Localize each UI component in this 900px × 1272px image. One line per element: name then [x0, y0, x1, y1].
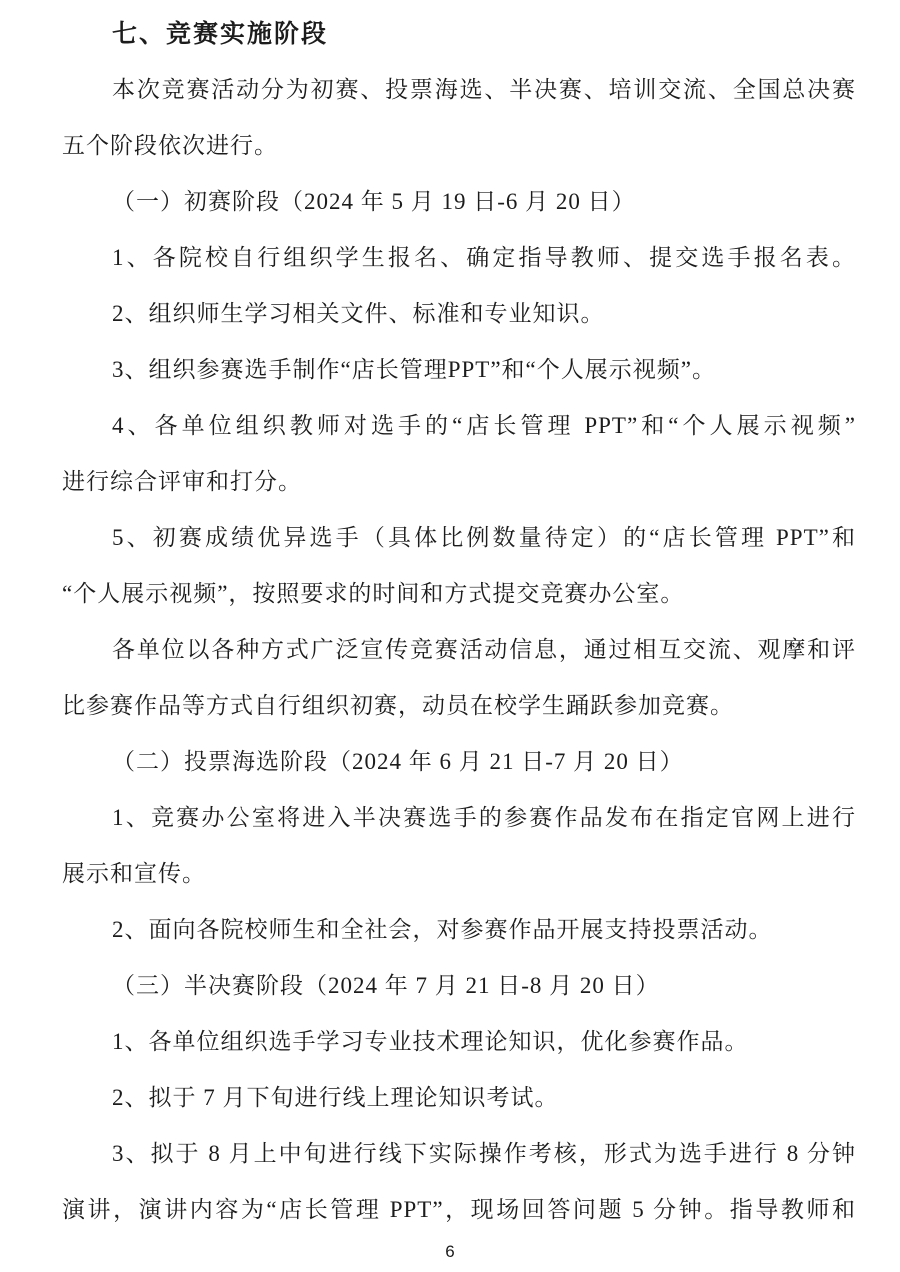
text-line: 进行综合评审和打分。	[62, 454, 856, 510]
text-line: “个人展示视频”，按照要求的时间和方式提交竞赛办公室。	[62, 566, 856, 622]
text-line: 3、拟于 8 月上中旬进行线下实际操作考核，形式为选手进行 8 分钟	[62, 1126, 856, 1182]
text-line: （二）投票海选阶段（2024 年 6 月 21 日-7 月 20 日）	[62, 734, 856, 790]
text-line: 各单位以各种方式广泛宣传竞赛活动信息，通过相互交流、观摩和评	[62, 622, 856, 678]
text-line: 3、组织参赛选手制作“店长管理PPT”和“个人展示视频”。	[62, 342, 856, 398]
text-line: 2、拟于 7 月下旬进行线上理论知识考试。	[62, 1070, 856, 1126]
text-line: 4、各单位组织教师对选手的“店长管理 PPT”和“个人展示视频”	[62, 398, 856, 454]
section-heading: 七、竞赛实施阶段	[62, 6, 856, 62]
text-line: 5、初赛成绩优异选手（具体比例数量待定）的“店长管理 PPT”和	[62, 510, 856, 566]
text-line: （一）初赛阶段（2024 年 5 月 19 日-6 月 20 日）	[62, 174, 856, 230]
text-line: 五个阶段依次进行。	[62, 118, 856, 174]
text-line: 演讲，演讲内容为“店长管理 PPT”，现场回答问题 5 分钟。指导教师和	[62, 1182, 856, 1238]
text-line: 2、组织师生学习相关文件、标准和专业知识。	[62, 286, 856, 342]
text-line: 展示和宣传。	[62, 846, 856, 902]
document-page: 七、竞赛实施阶段 本次竞赛活动分为初赛、投票海选、半决赛、培训交流、全国总决赛 …	[0, 0, 900, 1272]
text-line: 本次竞赛活动分为初赛、投票海选、半决赛、培训交流、全国总决赛	[62, 62, 856, 118]
page-number: 6	[0, 1240, 900, 1264]
text-line: 1、各院校自行组织学生报名、确定指导教师、提交选手报名表。	[62, 230, 856, 286]
text-line: 比参赛作品等方式自行组织初赛，动员在校学生踊跃参加竞赛。	[62, 678, 856, 734]
text-line: （三）半决赛阶段（2024 年 7 月 21 日-8 月 20 日）	[62, 958, 856, 1014]
text-line: 1、竞赛办公室将进入半决赛选手的参赛作品发布在指定官网上进行	[62, 790, 856, 846]
text-line: 1、各单位组织选手学习专业技术理论知识，优化参赛作品。	[62, 1014, 856, 1070]
text-line: 2、面向各院校师生和全社会，对参赛作品开展支持投票活动。	[62, 902, 856, 958]
